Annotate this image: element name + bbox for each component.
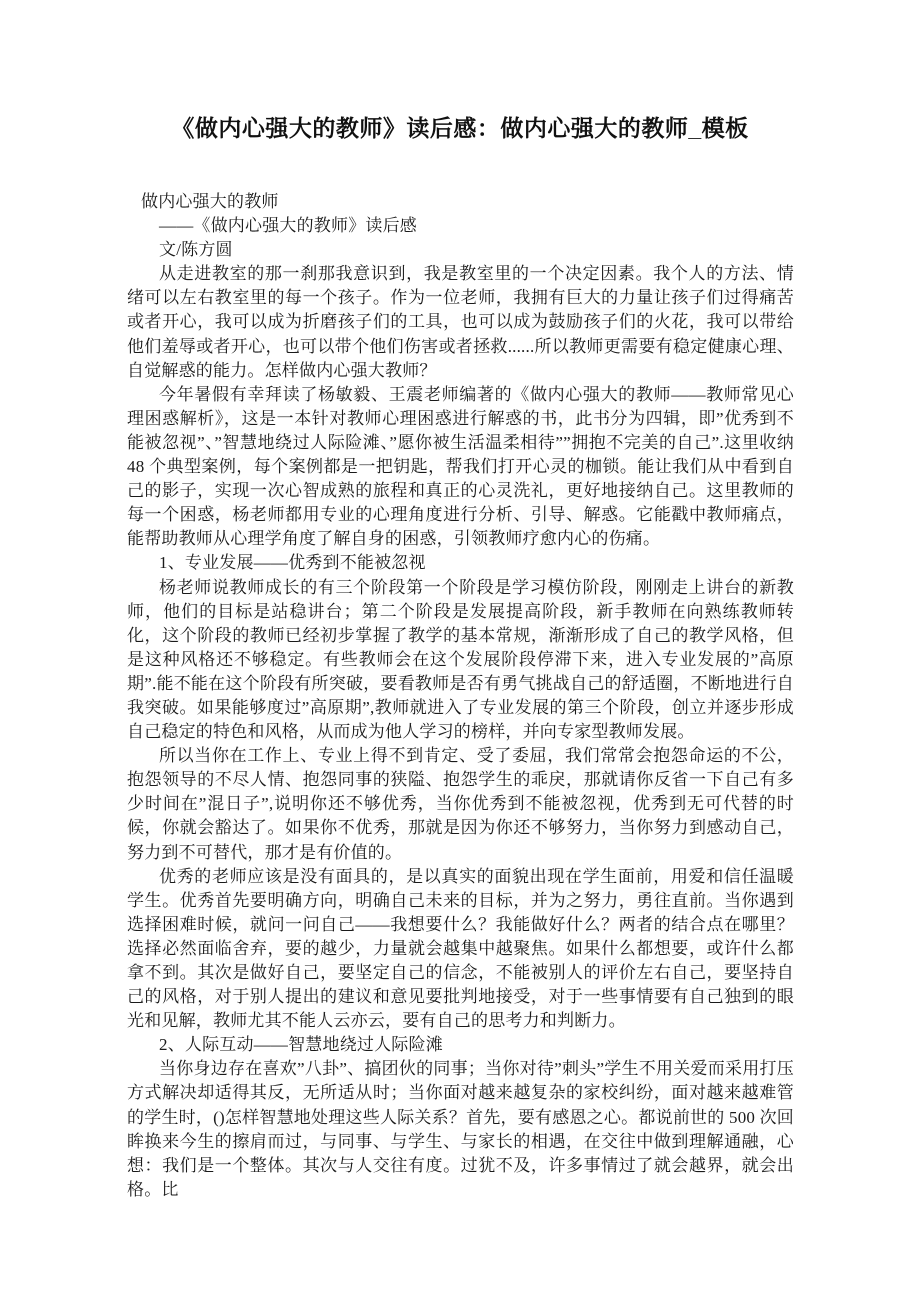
document-body: 做内心强大的教师 ——《做内心强大的教师》读后感 文/陈方圆 从走进教室的那一刹… [0, 190, 920, 1202]
section-heading-1: 1、专业发展——优秀到不能被忽视 [127, 551, 794, 575]
work-title-line: 做内心强大的教师 [127, 190, 794, 214]
paragraph-complaints: 所以当你在工作上、专业上得不到肯定、受了委屈，我们常常会抱怨命运的不公，抱怨领导… [127, 744, 794, 864]
paragraph-intro: 从走进教室的那一刹那我意识到，我是教室里的一个决定因素。我个人的方法、情绪可以左… [127, 262, 794, 382]
author-line: 文/陈方圆 [127, 238, 794, 262]
paragraph-growth-stages: 杨老师说教师成长的有三个阶段第一个阶段是学习模仿阶段，刚刚走上讲台的新教师，他们… [127, 576, 794, 745]
subtitle-line: ——《做内心强大的教师》读后感 [127, 214, 794, 238]
document-title: 《做内心强大的教师》读后感：做内心强大的教师_模板 [0, 0, 920, 144]
paragraph-interpersonal: 当你身边存在喜欢”八卦”、搞团伙的同事；当你对待”刺头”学生不用关爱而采用打压方… [127, 1057, 794, 1202]
paragraph-book-overview: 今年暑假有幸拜读了杨敏毅、王震老师编著的《做内心强大的教师——教师常见心理困惑解… [127, 383, 794, 552]
paragraph-excellence: 优秀的老师应该是没有面具的，是以真实的面貌出现在学生面前，用爱和信任温暖学生。优… [127, 865, 794, 1034]
section-heading-2: 2、人际互动——智慧地绕过人际险滩 [127, 1033, 794, 1057]
document-page: 《做内心强大的教师》读后感：做内心强大的教师_模板 做内心强大的教师 ——《做内… [0, 0, 920, 1302]
